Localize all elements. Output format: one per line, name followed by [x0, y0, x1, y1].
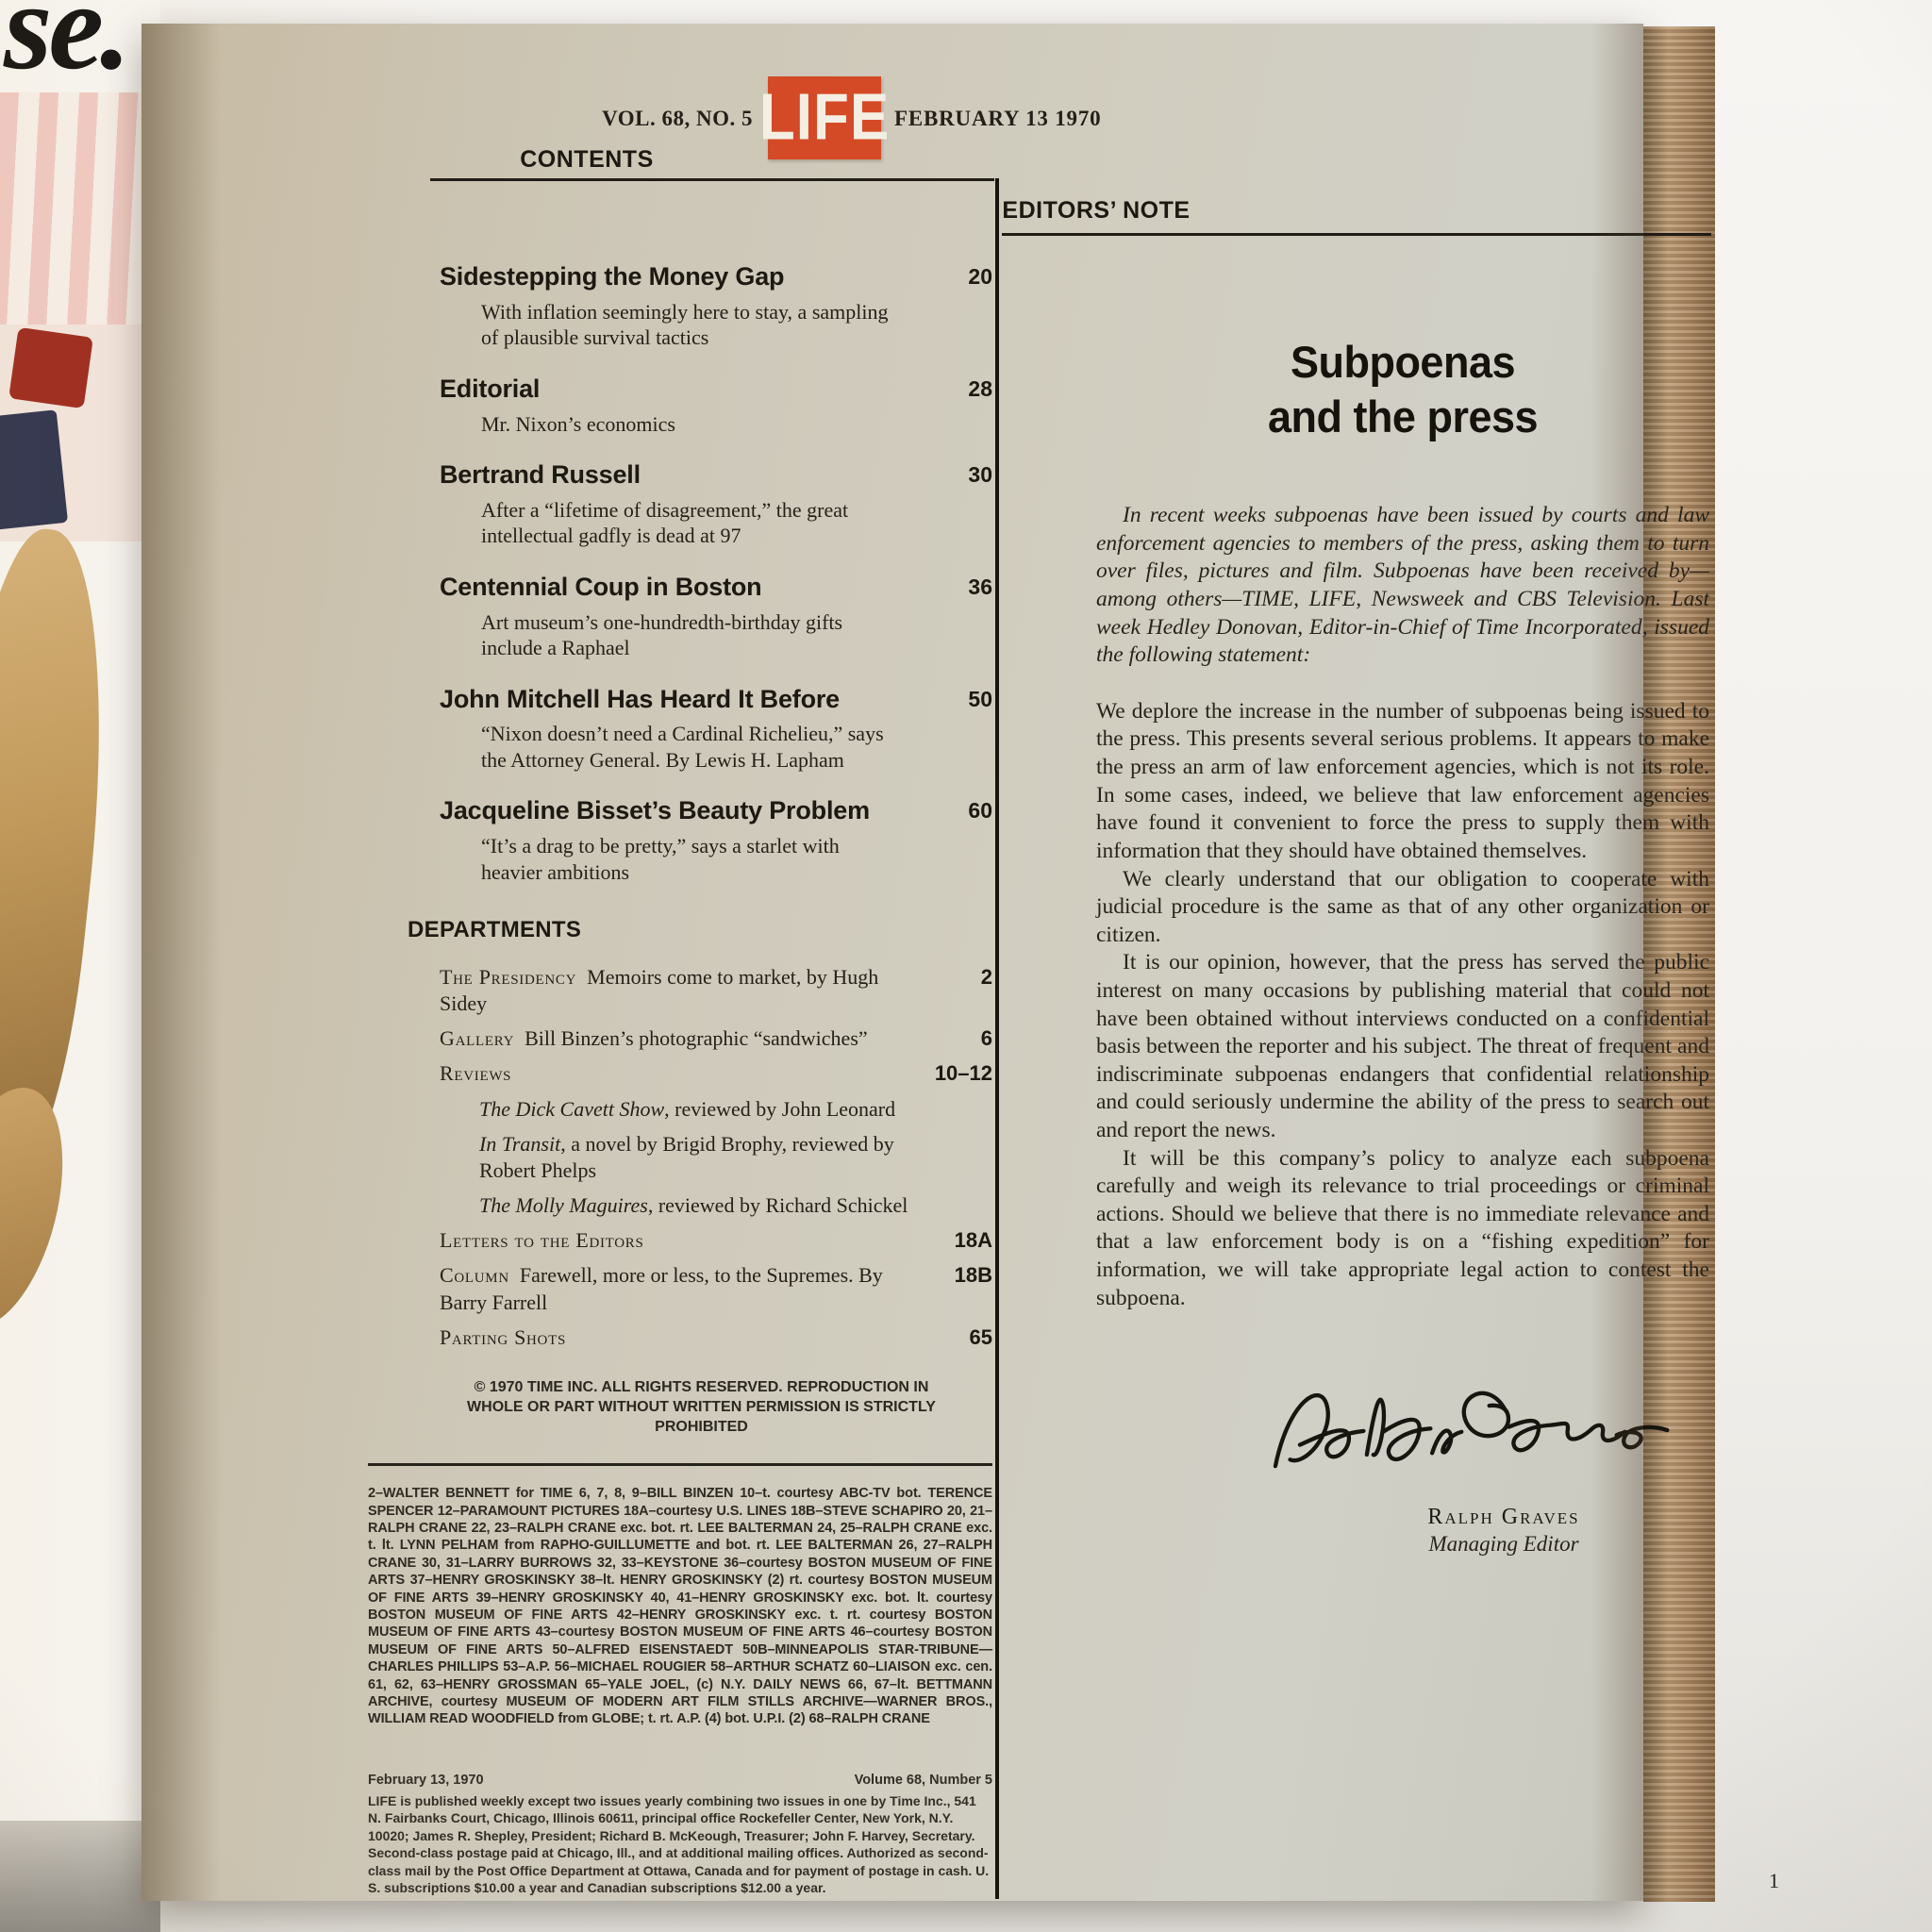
issue-date: FEBRUARY 13 1970	[894, 107, 1234, 131]
department-row: Reviews10–12The Dick Cavett Show, review…	[368, 1060, 992, 1219]
cover-hair-image	[0, 1074, 85, 1340]
department-label: The Presidency	[440, 965, 576, 989]
feature-description: “Nixon doesn’t need a Cardinal Richelieu…	[440, 721, 892, 773]
feature-title: Centennial Coup in Boston	[440, 572, 926, 604]
life-logo-text: LIFE	[759, 85, 890, 150]
editors-note-intro: In recent weeks subpoenas have been issu…	[1096, 502, 1709, 670]
feature-description: Mr. Nixon’s economics	[440, 411, 892, 438]
life-logo: LIFE	[768, 76, 881, 159]
review-item: The Molly Maguires, reviewed by Richard …	[440, 1192, 926, 1219]
credits-rule	[368, 1463, 992, 1466]
feature-page-number: 50	[968, 687, 992, 712]
contents-rule	[430, 178, 994, 181]
photo-credits: 2–WALTER BENNETT for TIME 6, 7, 8, 9–BIL…	[368, 1485, 992, 1728]
contents-feature-row: Centennial Coup in Boston36Art museum’s …	[368, 572, 992, 661]
feature-page-number: 30	[968, 462, 992, 488]
photo-corner-shadow	[0, 1821, 160, 1932]
publication-info-row: February 13, 1970 Volume 68, Number 5	[368, 1772, 992, 1790]
feature-page-number: 28	[968, 376, 992, 402]
feature-description: With inflation seemingly here to stay, a…	[440, 299, 892, 351]
department-page-number: 6	[981, 1026, 992, 1051]
signature-name: Ralph Graves	[1343, 1505, 1664, 1530]
magazine-photo: se. VOL. 68, NO. 5 LIFE FEBRUARY 13 1970…	[0, 0, 1932, 1932]
department-page-number: 65	[970, 1325, 992, 1350]
department-label: Letters to the Editors	[440, 1228, 644, 1252]
feature-page-number: 60	[968, 798, 992, 824]
department-page-number: 2	[981, 965, 992, 990]
review-text: , reviewed by Richard Schickel	[648, 1193, 908, 1217]
editors-note-title-line1: Subpoenas	[1096, 334, 1709, 391]
previous-page-strip: se.	[0, 0, 160, 1932]
contents-feature-row: Sidestepping the Money Gap20With inflati…	[368, 261, 992, 351]
feature-description: Art museum’s one-hundredth-birthday gift…	[440, 609, 892, 661]
review-item: The Dick Cavett Show, reviewed by John L…	[440, 1096, 926, 1123]
department-row: The Presidency Memoirs come to market, b…	[368, 964, 992, 1017]
page-number: 1	[1745, 1869, 1779, 1893]
feature-page-number: 20	[968, 264, 992, 290]
departments-list: The Presidency Memoirs come to market, b…	[368, 964, 992, 1351]
department-page-number: 18B	[955, 1263, 992, 1288]
editors-note-header: EDITORS’ NOTE	[1002, 197, 1191, 225]
department-text: Bill Binzen’s photographic “sandwiches”	[514, 1026, 868, 1050]
cover-text-fragment: se.	[4, 0, 127, 89]
department-page-number: 18A	[955, 1228, 992, 1253]
department-page-number: 10–12	[935, 1061, 992, 1086]
contents-header: CONTENTS	[500, 146, 674, 174]
editors-note-paragraph: It will be this company’s policy to anal…	[1096, 1145, 1709, 1313]
column-divider	[995, 178, 999, 1899]
contents-feature-row: Bertrand Russell30After a “lifetime of d…	[368, 459, 992, 549]
cover-red-fragment	[8, 327, 93, 408]
feature-description: “It’s a drag to be pretty,” says a starl…	[440, 833, 892, 885]
publication-volume: Volume 68, Number 5	[855, 1772, 992, 1790]
review-text: , reviewed by John Leonard	[664, 1097, 895, 1121]
signature-scribble	[1251, 1354, 1675, 1495]
features-list: Sidestepping the Money Gap20With inflati…	[368, 261, 992, 885]
feature-title: John Mitchell Has Heard It Before	[440, 684, 926, 716]
signature-role: Managing Editor	[1343, 1532, 1664, 1557]
editors-note-title-line2: and the press	[1096, 388, 1709, 444]
department-label: Reviews	[440, 1061, 511, 1085]
publication-date: February 13, 1970	[368, 1772, 484, 1790]
review-title: In Transit	[479, 1132, 560, 1156]
department-row: Column Farewell, more or less, to the Su…	[368, 1262, 992, 1315]
feature-description: After a “lifetime of disagreement,” the …	[440, 497, 892, 549]
feature-title: Sidestepping the Money Gap	[440, 261, 926, 293]
cover-pink-stripes	[0, 92, 160, 325]
editors-note-paragraph: We deplore the increase in the number of…	[1096, 698, 1709, 866]
review-title: The Molly Maguires	[479, 1193, 648, 1217]
department-row: Parting Shots65	[368, 1324, 992, 1351]
editors-note-column: Subpoenas and the press In recent weeks …	[1096, 335, 1709, 1557]
feature-title: Editorial	[440, 374, 926, 406]
publication-statement: LIFE is published weekly except two issu…	[368, 1792, 992, 1897]
contents-feature-row: Jacqueline Bisset’s Beauty Problem60“It’…	[368, 795, 992, 885]
copyright-notice: © 1970 TIME INC. ALL RIGHTS RESERVED. RE…	[462, 1377, 941, 1437]
departments-header: DEPARTMENTS	[408, 917, 992, 943]
contents-feature-row: John Mitchell Has Heard It Before50“Nixo…	[368, 684, 992, 774]
volume-line: VOL. 68, NO. 5	[526, 107, 753, 131]
contents-feature-row: Editorial28Mr. Nixon’s economics	[368, 374, 992, 437]
feature-title: Bertrand Russell	[440, 459, 926, 491]
editors-note-body: We deplore the increase in the number of…	[1096, 698, 1709, 1312]
cover-navy-fragment	[0, 409, 68, 529]
department-label: Parting Shots	[440, 1325, 566, 1349]
department-label: Column	[440, 1263, 509, 1287]
editors-note-paragraph: We clearly understand that our obligatio…	[1096, 866, 1709, 950]
review-title: The Dick Cavett Show	[479, 1097, 664, 1121]
department-row: Gallery Bill Binzen’s photographic “sand…	[368, 1025, 992, 1052]
department-row: Letters to the Editors18A	[368, 1227, 992, 1254]
editors-note-rule	[1002, 233, 1711, 236]
feature-page-number: 36	[968, 575, 992, 600]
department-label: Gallery	[440, 1026, 514, 1050]
editors-note-paragraph: It is our opinion, however, that the pre…	[1096, 949, 1709, 1144]
review-item: In Transit, a novel by Brigid Brophy, re…	[440, 1131, 926, 1184]
publication-info: February 13, 1970 Volume 68, Number 5 LI…	[368, 1772, 992, 1897]
contents-column: Sidestepping the Money Gap20With inflati…	[368, 261, 992, 1897]
feature-title: Jacqueline Bisset’s Beauty Problem	[440, 795, 926, 827]
magazine-page: VOL. 68, NO. 5 LIFE FEBRUARY 13 1970 CON…	[142, 24, 1643, 1901]
